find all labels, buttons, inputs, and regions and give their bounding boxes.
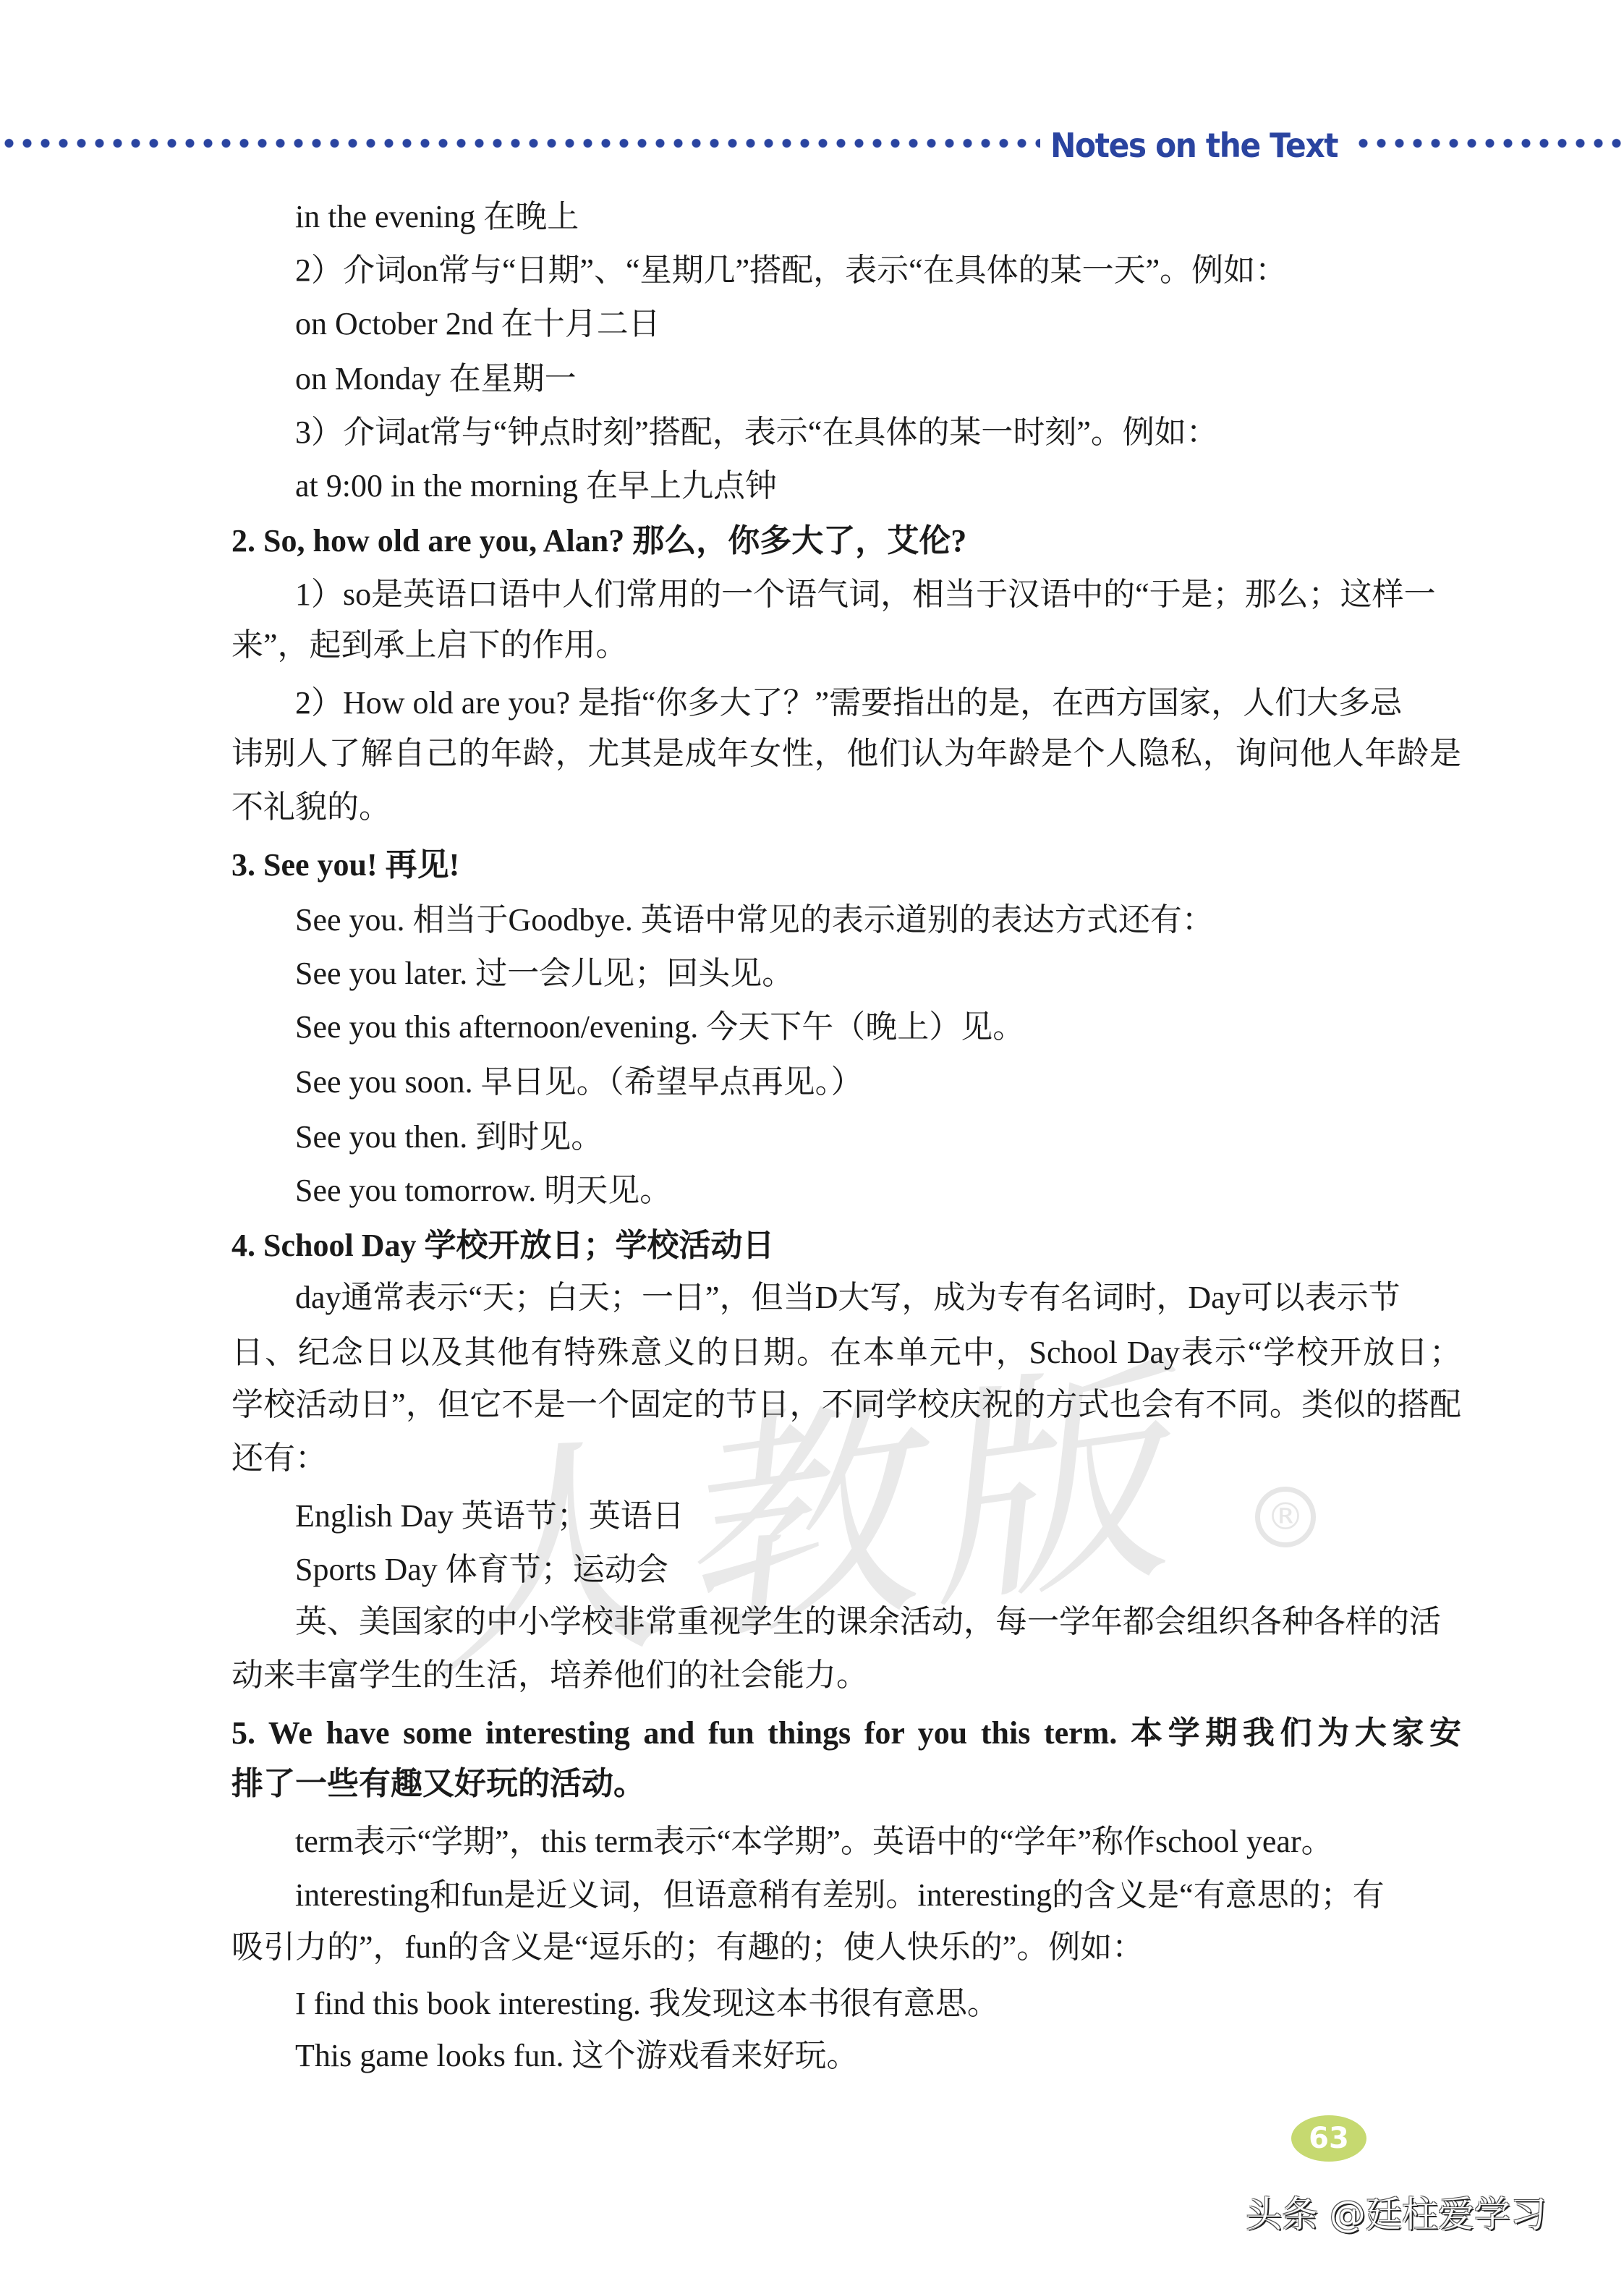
text-line: See you this afternoon/evening. 今天下午（晚上）… (295, 1006, 1024, 1049)
text-line: See you soon. 早日见。（希望早点再见。） (295, 1061, 863, 1104)
text-line: term表示“学期”，this term表示“本学期”。英语中的“学年”称作sc… (295, 1820, 1333, 1864)
text-line: 英、美国家的中小学校非常重视学生的课余活动，每一学年都会组织各种各样的活 (295, 1600, 1441, 1644)
text-line: 还有： (231, 1437, 327, 1480)
text-line: 讳别人了解自己的年龄，尤其是成年女性，他们认为年龄是个人隐私，询问他人年龄是 (231, 732, 1461, 776)
text-line: See you. 相当于Goodbye. 英语中常见的表示道别的表达方式还有： (295, 898, 1214, 942)
text-line: 2）介词on常与“日期”、“星期几”搭配，表示“在具体的某一天”。例如： (295, 249, 1287, 292)
text-line: on October 2nd 在十月二日 (295, 302, 660, 346)
text-line: in the evening 在晚上 (295, 195, 579, 239)
text-line: 吸引力的”，fun的含义是“逗乐的；有趣的；使人快乐的”。例如： (231, 1926, 1144, 1969)
text-line: See you tomorrow. 明天见。 (295, 1169, 671, 1212)
text-line: 动来丰富学生的生活，培养他们的社会能力。 (231, 1654, 868, 1697)
text-line: 日、纪念日以及其他有特殊意义的日期。在本单元中，School Day表示“学校开… (231, 1331, 1461, 1375)
text-line: I find this book interesting. 我发现这本书很有意思… (295, 1982, 999, 2026)
note-heading-5-cont: 排了一些有趣又好玩的活动。 (231, 1762, 645, 1806)
text-line: See you then. 到时见。 (295, 1116, 603, 1159)
note-heading-2: 2. So, how old are you, Alan? 那么，你多大了，艾伦… (231, 519, 966, 563)
text-line: 不礼貌的。 (231, 786, 391, 829)
text-line: Sports Day 体育节；运动会 (295, 1548, 668, 1592)
notes-body: in the evening 在晚上 2）介词on常与“日期”、“星期几”搭配，… (0, 0, 1624, 2273)
text-line: 来”，起到承上启下的作用。 (231, 624, 628, 667)
note-heading-5: 5. We have some interesting and fun thin… (231, 1712, 1461, 1755)
text-line: 1）so是英语口语中人们常用的一个语气词，相当于汉语中的“于是；那么；这样一 (295, 573, 1436, 616)
text-line: at 9:00 in the morning 在早上九点钟 (295, 464, 777, 508)
text-line: This game looks fun. 这个游戏看来好玩。 (295, 2034, 859, 2078)
text-line: interesting和fun是近义词，但语意稍有差别。interesting的… (295, 1874, 1385, 1917)
text-line: 3）介词at常与“钟点时刻”搭配，表示“在具体的某一时刻”。例如： (295, 411, 1218, 454)
text-line: See you later. 过一会儿见；回头见。 (295, 952, 794, 995)
text-line: English Day 英语节；英语日 (295, 1495, 684, 1538)
text-line: on Monday 在星期一 (295, 357, 577, 401)
text-line: day通常表示“天；白天；一日”，但当D大写，成为专有名词时，Day可以表示节 (295, 1276, 1400, 1320)
note-heading-4: 4. School Day 学校开放日；学校活动日 (231, 1224, 774, 1267)
text-line: 学校活动日”，但它不是一个固定的节日，不同学校庆祝的方式也会有不同。类似的搭配 (231, 1383, 1461, 1427)
note-heading-3: 3. See you! 再见! (231, 844, 459, 887)
text-line: 2）How old are you? 是指“你多大了？”需要指出的是，在西方国家… (295, 681, 1402, 725)
